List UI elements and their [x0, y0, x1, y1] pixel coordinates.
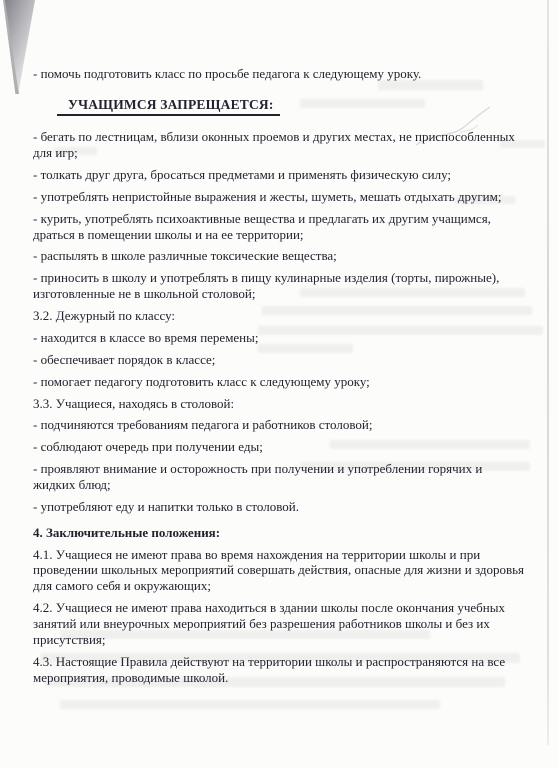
prohibition-item: - приносить в школу и употреблять в пищу… [33, 270, 525, 302]
final-provision: 4.3. Настоящие Правила действуют на терр… [33, 654, 525, 686]
final-provision: 4.1. Учащиеся не имеют права во время на… [33, 547, 525, 595]
prohibition-item: - употреблять непристойные выражения и ж… [33, 189, 525, 205]
document-body: - помочь подготовить класс по просьбе пе… [33, 66, 525, 691]
section-3-2-title: 3.2. Дежурный по классу: [33, 308, 525, 324]
page-edge-line [547, 0, 549, 745]
final-provision: 4.2. Учащиеся не имеют права находиться … [33, 600, 525, 648]
prohibition-item: - бегать по лестницам, вблизи оконных пр… [33, 129, 525, 161]
section-3-3-title: 3.3. Учащиеся, находясь в столовой: [33, 396, 525, 412]
canteen-item: - проявляют внимание и осторожность при … [33, 461, 525, 493]
bleed-through-artifact [60, 700, 440, 709]
canteen-item: - соблюдают очередь при получении еды; [33, 439, 525, 455]
section-heading-prohibited: УЧАЩИМСЯ ЗАПРЕЩАЕТСЯ: [57, 97, 525, 116]
canteen-item: - подчиняются требованиям педагога и раб… [33, 417, 525, 433]
duty-item: - обеспечивает порядок в классе; [33, 352, 525, 368]
section-heading-text: УЧАЩИМСЯ ЗАПРЕЩАЕТСЯ: [57, 97, 280, 116]
prohibition-item: - толкать друг друга, бросаться предмета… [33, 167, 525, 183]
duty-item: - находится в классе во время перемены; [33, 330, 525, 346]
scanned-document-page: - помочь подготовить класс по просьбе пе… [0, 0, 558, 768]
paragraph-intro: - помочь подготовить класс по просьбе пе… [33, 66, 525, 82]
canteen-item: - употребляют еду и напитки только в сто… [33, 499, 525, 515]
prohibition-item: - распылять в школе различные токсически… [33, 248, 525, 264]
duty-item: - помогает педагогу подготовить класс к … [33, 374, 525, 390]
prohibition-item: - курить, употреблять психоактивные веще… [33, 211, 525, 243]
section-4-title: 4. Заключительные положения: [33, 525, 525, 541]
